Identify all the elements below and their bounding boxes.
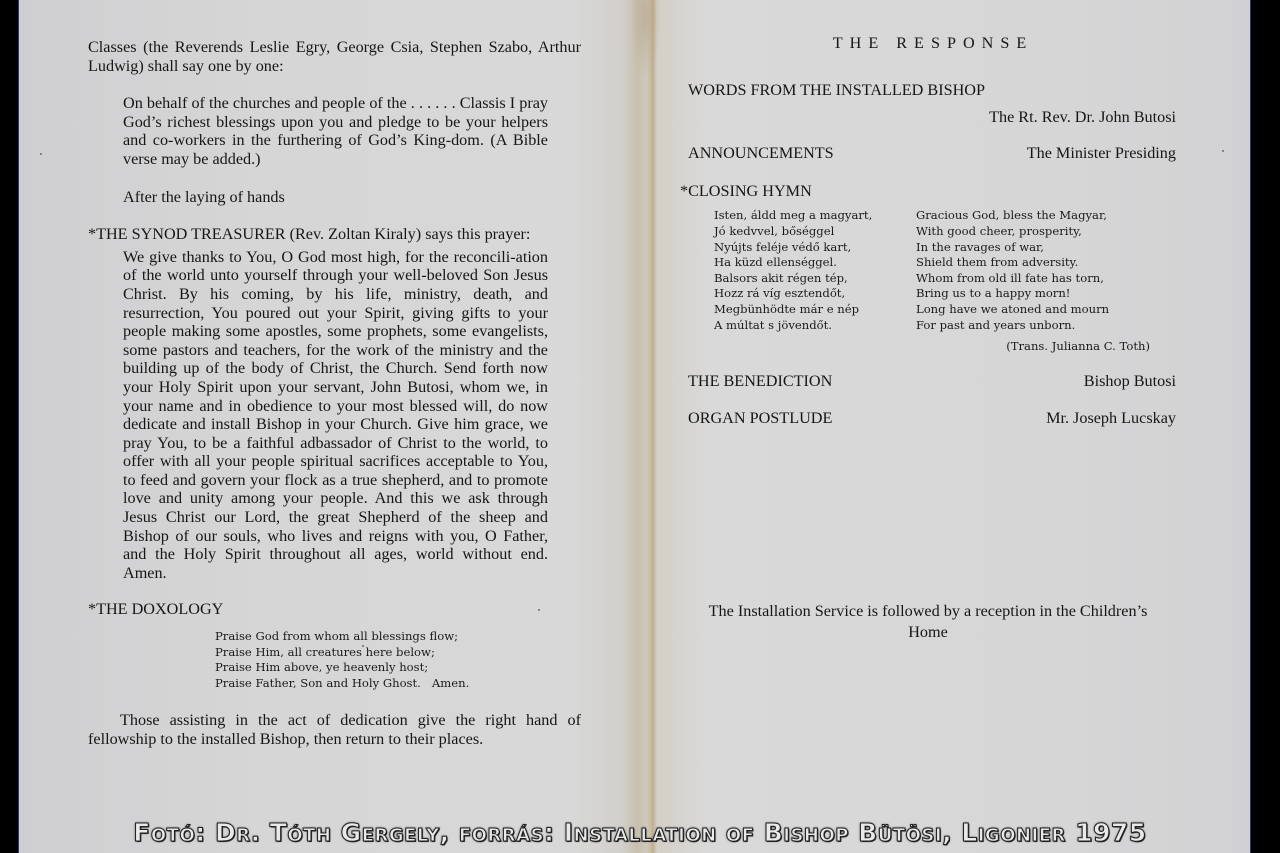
postlude-person: Mr. Joseph Lucskay [1046,409,1176,428]
synod-treasurer-heading: *THE SYNOD TREASURER (Rev. Zoltan Kiraly… [88,225,581,244]
booklet-spine [647,0,657,853]
paper-speck [40,153,42,155]
benediction-heading: THE BENEDICTION [688,372,832,391]
doxology-heading: *THE DOXOLOGY [88,600,581,619]
translator-credit-wrap: (Trans. Julianna C. Toth) [680,337,1176,355]
hymn-line-en: With good cheer, prosperity, [916,224,1109,240]
fellowship-note: Those assisting in the act of dedication… [88,711,581,748]
hymn-line-en: Shield them from adversity. [916,255,1109,271]
hymn-english-column: Gracious God, bless the Magyar, With goo… [916,208,1109,333]
words-person: The Rt. Rev. Dr. John Butosi [989,108,1176,127]
hymn-hungarian-column: Isten, áldd meg a magyart, Jó kedvvel, b… [714,208,916,333]
order-row: WORDS FROM THE INSTALLED BISHOP [688,81,1176,100]
hymn-line-hu: Isten, áldd meg a magyart, [714,208,916,224]
reception-note: The Installation Service is followed by … [680,601,1176,643]
hymn-line-hu: Balsors akit régen tép, [714,271,916,287]
hymn-line-hu: Nyújts feléje védő kart, [714,240,916,256]
reception-note-line: The Installation Service is followed by … [680,601,1176,622]
doxology-line: Praise Him, all creatures here below; [215,645,581,661]
classes-intro: Classes (the Reverends Leslie Egry, Geor… [88,38,581,75]
hymn-line-en: For past and years unborn. [916,318,1109,334]
words-heading: WORDS FROM THE INSTALLED BISHOP [688,81,985,100]
doxology-line: Praise God from whom all blessings flow; [215,629,581,645]
hymn-line-en: Bring us to a happy morn! [916,286,1109,302]
left-page: Classes (the Reverends Leslie Egry, Geor… [88,38,581,749]
after-laying-of-hands: After the laying of hands [123,188,548,207]
right-page: THE RESPONSE WORDS FROM THE INSTALLED BI… [680,34,1176,643]
closing-hymn-heading: *CLOSING HYMN [680,182,1176,201]
treasurer-prayer: We give thanks to You, O God most high, … [123,248,548,583]
postlude-heading: ORGAN POSTLUDE [688,409,832,428]
synod-treasurer-caps: *THE SYNOD TREASURER [88,225,286,243]
synod-treasurer-rest: (Rev. Zoltan Kiraly) says this prayer: [286,225,531,243]
words-from-bishop-item: WORDS FROM THE INSTALLED BISHOP The Rt. … [688,81,1176,126]
reception-note-line: Home [680,622,1176,643]
order-row: The Rt. Rev. Dr. John Butosi [688,108,1176,127]
hymn-line-hu: Jó kedvvel, bőséggel [714,224,916,240]
response-title: THE RESPONSE [680,34,1176,53]
photo-frame: Classes (the Reverends Leslie Egry, Geor… [0,0,1280,853]
announcements-heading: ANNOUNCEMENTS [688,144,834,163]
hymn-line-hu: Hozz rá víg esztendőt, [714,286,916,302]
announcements-person: The Minister Presiding [1027,144,1176,163]
photo-credit-caption: Fotó: Dr. Tóth Gergely, forrás: Installa… [0,818,1280,847]
benediction-item: THE BENEDICTION Bishop Butosi [688,372,1176,391]
doxology-line: Praise Father, Son and Holy Ghost. Amen. [215,676,581,692]
translator-credit: (Trans. Julianna C. Toth) [1006,339,1150,353]
hymn-line-hu: Megbünhödte már e nép [714,302,916,318]
closing-hymn: Isten, áldd meg a magyart, Jó kedvvel, b… [714,208,1176,333]
doxology-line: Praise Him above, ye heavenly host; [215,660,581,676]
doxology-verse: Praise God from whom all blessings flow;… [215,629,581,691]
benediction-person: Bishop Butosi [1084,372,1176,391]
classis-pledge: On behalf of the churches and people of … [123,94,548,168]
hymn-line-hu: A múltat s jövendőt. [714,318,916,334]
hymn-line-en: Whom from old ill fate has torn, [916,271,1109,287]
announcements-item: ANNOUNCEMENTS The Minister Presiding [688,144,1176,163]
organ-postlude-item: ORGAN POSTLUDE Mr. Joseph Lucskay [688,409,1176,428]
hymn-line-hu: Ha küzd ellenséggel. [714,255,916,271]
hymn-line-en: Gracious God, bless the Magyar, [916,208,1109,224]
paper-speck [1222,150,1224,152]
hymn-line-en: In the ravages of war, [916,240,1109,256]
hymn-line-en: Long have we atoned and mourn [916,302,1109,318]
